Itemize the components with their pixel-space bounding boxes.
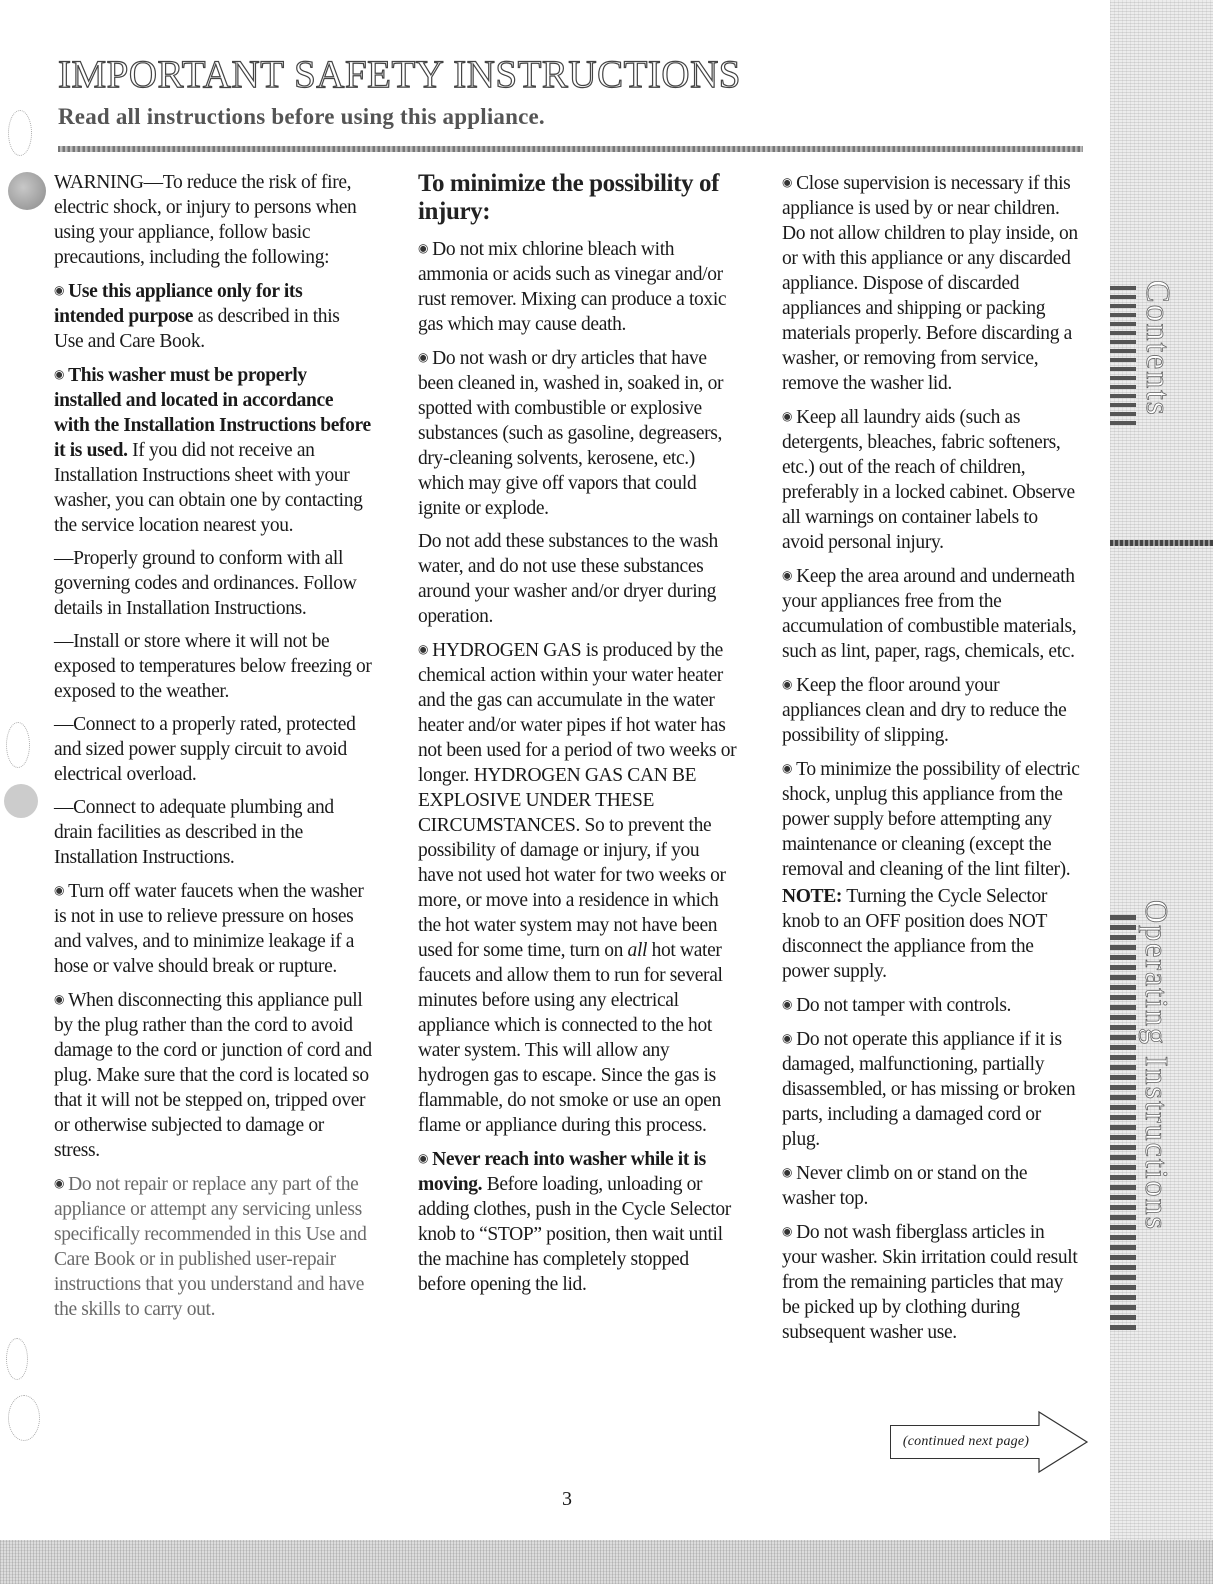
item-text: Do not tamper with controls. [796,995,1011,1016]
item-text: Do not repair or replace any part of the… [54,1174,367,1320]
list-item: ◉Keep the area around and underneath you… [782,563,1082,664]
item-text: Keep the floor around your appliances cl… [782,675,1066,746]
item-text: Keep all laundry aids (such as detergent… [782,407,1075,553]
item-text: Do not mix chlorine bleach with ammonia … [418,239,726,335]
page-number: 3 [562,1488,572,1511]
item-text: Do not wash fiberglass articles in your … [782,1222,1077,1343]
bullet-icon: ◉ [418,350,428,364]
binder-hole-icon [6,722,30,768]
warning-dot-icon [8,172,46,210]
list-item: ◉When disconnecting this appliance pull … [54,987,372,1163]
tab-marker-bars [1110,910,1136,1330]
page-title: IMPORTANT SAFETY INSTRUCTIONS [58,52,741,97]
bullet-icon: ◉ [418,241,428,255]
item-text: Keep the area around and underneath your… [782,566,1076,662]
bullet-icon: ◉ [54,283,64,297]
list-item: ◉Do not mix chlorine bleach with ammonia… [418,236,738,337]
sub-item: —Properly ground to conform with all gov… [54,546,372,621]
paragraph: Do not add these substances to the wash … [418,529,738,629]
bullet-icon: ◉ [782,1031,792,1045]
column-additional-warnings: ◉Close supervision is necessary if this … [782,170,1082,1353]
list-item: ◉Never reach into washer while it is mov… [418,1146,738,1297]
manual-page: IMPORTANT SAFETY INSTRUCTIONS Read all i… [0,0,1110,1540]
item-text: Never climb on or stand on the washer to… [782,1163,1027,1209]
list-item: ◉Turn off water faucets when the washer … [54,878,372,979]
list-item: ◉Do not operate this appliance if it is … [782,1026,1082,1152]
column-injury-prevention: To minimize the possibility of injury: ◉… [418,170,738,1305]
sub-item: —Connect to adequate plumbing and drain … [54,795,372,870]
section-heading: To minimize the possibility of injury: [418,170,738,226]
bullet-icon: ◉ [782,1224,792,1238]
binder-hole-icon [6,1338,28,1380]
bullet-icon: ◉ [782,175,792,189]
column-general-warnings: WARNING—To reduce the risk of fire, elec… [54,170,372,1330]
item-text: When disconnecting this appliance pull b… [54,990,372,1161]
binder-hole-icon [8,110,32,156]
list-item: ◉This washer must be properly installed … [54,362,372,538]
item-text: hot water faucets and allow them to run … [418,940,723,1136]
header-divider [58,146,1083,152]
list-item: ◉Do not repair or replace any part of th… [54,1171,372,1322]
list-item: ◉To minimize the possibility of electric… [782,756,1082,882]
bullet-icon: ◉ [54,883,64,897]
bullet-icon: ◉ [782,677,792,691]
tab-marker-bars [1110,285,1136,425]
continued-next-page-label: (continued next page) [890,1425,1041,1459]
sub-item: —Connect to a properly rated, protected … [54,712,372,787]
item-text: Close supervision is necessary if this a… [782,173,1078,394]
bullet-icon: ◉ [782,409,792,423]
note-label: NOTE: [782,886,842,907]
item-text: To minimize the possibility of electric … [782,759,1080,880]
list-item: ◉Do not wash or dry articles that have b… [418,345,738,521]
sub-item: —Install or store where it will not be e… [54,629,372,704]
bullet-icon: ◉ [54,992,64,1006]
bullet-icon: ◉ [782,761,792,775]
side-tab-operating-instructions[interactable]: Operating Instructions [1138,900,1175,1231]
page-subtitle: Read all instructions before using this … [58,104,545,130]
item-italic: all [628,940,648,961]
list-item: ◉Do not wash fiberglass articles in your… [782,1219,1082,1345]
item-text: Turn off water faucets when the washer i… [54,881,363,977]
warning-paragraph: WARNING—To reduce the risk of fire, elec… [54,170,372,270]
list-item: ◉Keep all laundry aids (such as detergen… [782,404,1082,555]
list-item: ◉Do not tamper with controls. [782,992,1082,1018]
bullet-icon: ◉ [782,997,792,1011]
arrow-right-icon [1035,1410,1091,1474]
binder-hole-icon [8,1395,40,1441]
item-text: Do not wash or dry articles that have be… [418,348,723,519]
bullet-icon: ◉ [54,367,64,381]
bullet-icon: ◉ [54,1176,64,1190]
bullet-icon: ◉ [782,568,792,582]
bullet-icon: ◉ [782,1165,792,1179]
list-item: ◉Close supervision is necessary if this … [782,170,1082,396]
bullet-icon: ◉ [418,642,428,656]
item-text: Do not operate this appliance if it is d… [782,1029,1075,1150]
tab-divider [1110,540,1213,546]
scan-bottom-edge [0,1540,1213,1584]
note: NOTE: Turning the Cycle Selector knob to… [782,884,1082,984]
list-item: ◉Keep the floor around your appliances c… [782,672,1082,748]
side-tab-contents[interactable]: Contents [1138,280,1176,417]
list-item: ◉Use this appliance only for its intende… [54,278,372,354]
bullet-icon: ◉ [418,1151,428,1165]
binder-hole-icon [4,784,38,818]
item-text: HYDROGEN GAS is produced by the chemical… [418,640,736,961]
list-item: ◉Never climb on or stand on the washer t… [782,1160,1082,1211]
side-tab-strip [1110,0,1213,1584]
list-item: ◉HYDROGEN GAS is produced by the chemica… [418,637,738,1138]
